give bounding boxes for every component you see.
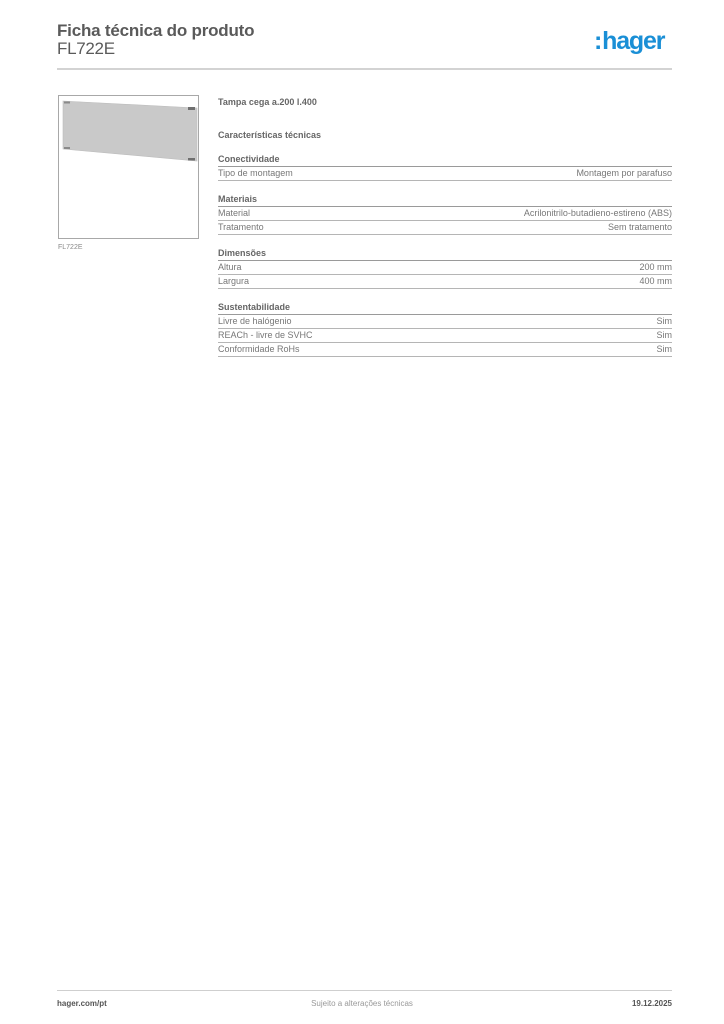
spec-row: Largura400 mm	[218, 275, 672, 289]
spec-section: MateriaisMaterialAcrilonitrilo-butadieno…	[218, 194, 672, 235]
spec-label: REACh - livre de SVHC	[218, 329, 313, 342]
spec-value: Sem tratamento	[608, 221, 672, 234]
header-divider	[57, 68, 672, 70]
logo-text: hager	[602, 27, 664, 55]
spec-label: Tratamento	[218, 221, 264, 234]
spec-row: Livre de halógenioSim	[218, 315, 672, 329]
spec-label: Conformidade RoHs	[218, 343, 300, 356]
page-title: Ficha técnica do produto	[57, 21, 254, 41]
section-title: Conectividade	[218, 154, 672, 167]
spec-row: Tipo de montagemMontagem por parafuso	[218, 167, 672, 181]
spec-value: 200 mm	[639, 261, 672, 274]
spec-row: Altura200 mm	[218, 261, 672, 275]
spec-label: Altura	[218, 261, 242, 274]
spec-label: Tipo de montagem	[218, 167, 293, 180]
spec-label: Largura	[218, 275, 249, 288]
spec-section: ConectividadeTipo de montagemMontagem po…	[218, 154, 672, 181]
spec-row: Conformidade RoHsSim	[218, 343, 672, 357]
spec-row: REACh - livre de SVHCSim	[218, 329, 672, 343]
spec-value: Sim	[657, 315, 673, 328]
hager-logo: :hager	[594, 27, 664, 55]
section-title: Dimensões	[218, 248, 672, 261]
section-title: Materiais	[218, 194, 672, 207]
footer-divider	[57, 990, 672, 991]
cover-panel-illustration	[59, 96, 200, 240]
product-image	[58, 95, 199, 239]
image-caption: FL722E	[58, 244, 83, 251]
spec-sections: ConectividadeTipo de montagemMontagem po…	[218, 154, 672, 357]
section-title: Sustentabilidade	[218, 302, 672, 315]
spec-value: Sim	[657, 329, 673, 342]
spec-label: Material	[218, 207, 250, 220]
spec-value: Montagem por parafuso	[576, 167, 672, 180]
tech-characteristics-heading: Características técnicas	[218, 129, 672, 141]
spec-value: Sim	[657, 343, 673, 356]
spec-label: Livre de halógenio	[218, 315, 292, 328]
product-code: FL722E	[57, 39, 115, 59]
spec-value: 400 mm	[639, 275, 672, 288]
logo-colon: :	[594, 27, 601, 55]
spec-section: DimensõesAltura200 mmLargura400 mm	[218, 248, 672, 289]
spec-row: MaterialAcrilonitrilo-butadieno-estireno…	[218, 207, 672, 221]
spec-value: Acrilonitrilo-butadieno-estireno (ABS)	[524, 207, 672, 220]
footer-date: 19.12.2025	[632, 999, 672, 1008]
spec-row: TratamentoSem tratamento	[218, 221, 672, 235]
spec-section: SustentabilidadeLivre de halógenioSimREA…	[218, 302, 672, 357]
spec-content: Tampa cega a.200 l.400 Características t…	[218, 96, 672, 357]
footer-disclaimer: Sujeito a alterações técnicas	[0, 999, 724, 1008]
product-name: Tampa cega a.200 l.400	[218, 96, 672, 108]
